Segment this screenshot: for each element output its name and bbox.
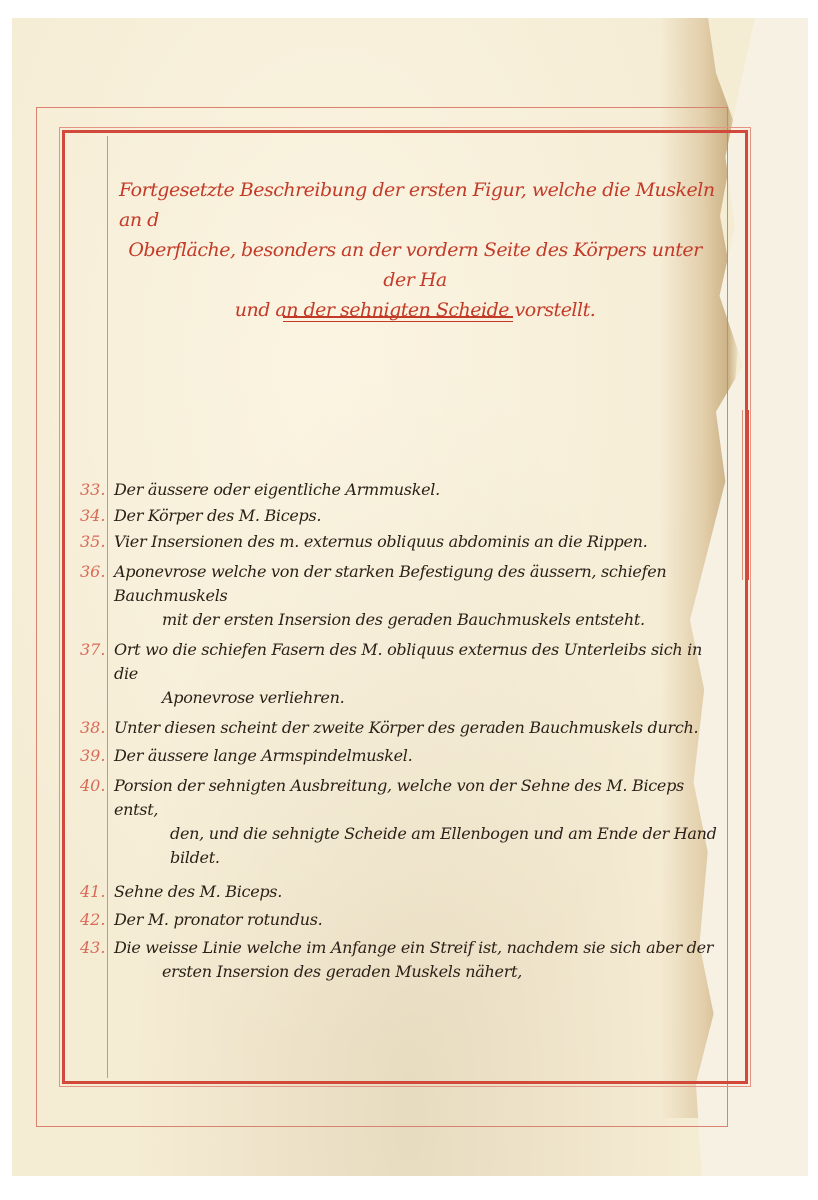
item-number: 40. — [80, 774, 112, 798]
list-item: 36. Aponevrose welche von der starken Be… — [70, 560, 720, 632]
item-text: Die weisse Linie welche im Anfange ein S… — [114, 938, 713, 957]
item-text: Der äussere lange Armspindelmuskel. — [114, 746, 412, 765]
list-item: 37. Ort wo die schiefen Fasern des M. ob… — [70, 638, 720, 710]
item-number: 34. — [80, 504, 112, 528]
item-text: Der Körper des M. Biceps. — [114, 506, 321, 525]
item-text: Vier Insersionen des m. externus obliquu… — [114, 532, 647, 551]
item-text-continuation: ersten Insersion des geraden Muskels näh… — [114, 960, 720, 984]
item-text: Porsion der sehnigten Ausbreitung, welch… — [114, 776, 684, 819]
item-text: Aponevrose welche von der starken Befest… — [114, 562, 666, 605]
item-number: 33. — [80, 478, 112, 502]
item-number: 35. — [80, 530, 112, 554]
title-line-2: Oberfläche, besonders an der vordern Sei… — [115, 235, 715, 295]
list-item: 34. Der Körper des M. Biceps. — [70, 504, 720, 528]
list-item: 33. Der äussere oder eigentliche Armmusk… — [70, 478, 720, 502]
list-item: 38. Unter diesen scheint der zweite Körp… — [70, 716, 720, 740]
numbered-entry-list: 33. Der äussere oder eigentliche Armmusk… — [70, 478, 720, 984]
item-number: 42. — [80, 908, 112, 932]
item-number: 37. — [80, 638, 112, 662]
item-number: 38. — [80, 716, 112, 740]
item-number: 41. — [80, 880, 112, 904]
item-number: 43. — [80, 936, 112, 960]
item-number: 39. — [80, 744, 112, 768]
list-item: 35. Vier Insersionen des m. externus obl… — [70, 530, 720, 554]
list-item: 43. Die weisse Linie welche im Anfange e… — [70, 936, 720, 984]
item-text-continuation: den, und die sehnigte Scheide am Ellenbo… — [114, 822, 720, 846]
list-item: 41. Sehne des M. Biceps. — [70, 880, 720, 904]
item-text: Sehne des M. Biceps. — [114, 882, 282, 901]
list-item: 39. Der äussere lange Armspindelmuskel. — [70, 744, 720, 768]
page-title: Fortgesetzte Beschreibung der ersten Fig… — [115, 175, 715, 325]
item-text: Der M. pronator rotundus. — [114, 910, 322, 929]
item-text-continuation: bildet. — [114, 846, 720, 870]
title-line-1: Fortgesetzte Beschreibung der ersten Fig… — [115, 175, 715, 235]
list-item: 40. Porsion der sehnigten Ausbreitung, w… — [70, 774, 720, 870]
item-text: Ort wo die schiefen Fasern des M. obliqu… — [114, 640, 702, 683]
right-border-fragment — [742, 410, 749, 580]
item-text-continuation: mit der ersten Insersion des geraden Bau… — [114, 608, 720, 632]
item-text-continuation: Aponevrose verliehren. — [114, 686, 720, 710]
item-text: Unter diesen scheint der zweite Körper d… — [114, 718, 698, 737]
list-item: 42. Der M. pronator rotundus. — [70, 908, 720, 932]
item-text: Der äussere oder eigentliche Armmuskel. — [114, 480, 440, 499]
item-number: 36. — [80, 560, 112, 584]
title-underline — [283, 316, 513, 322]
